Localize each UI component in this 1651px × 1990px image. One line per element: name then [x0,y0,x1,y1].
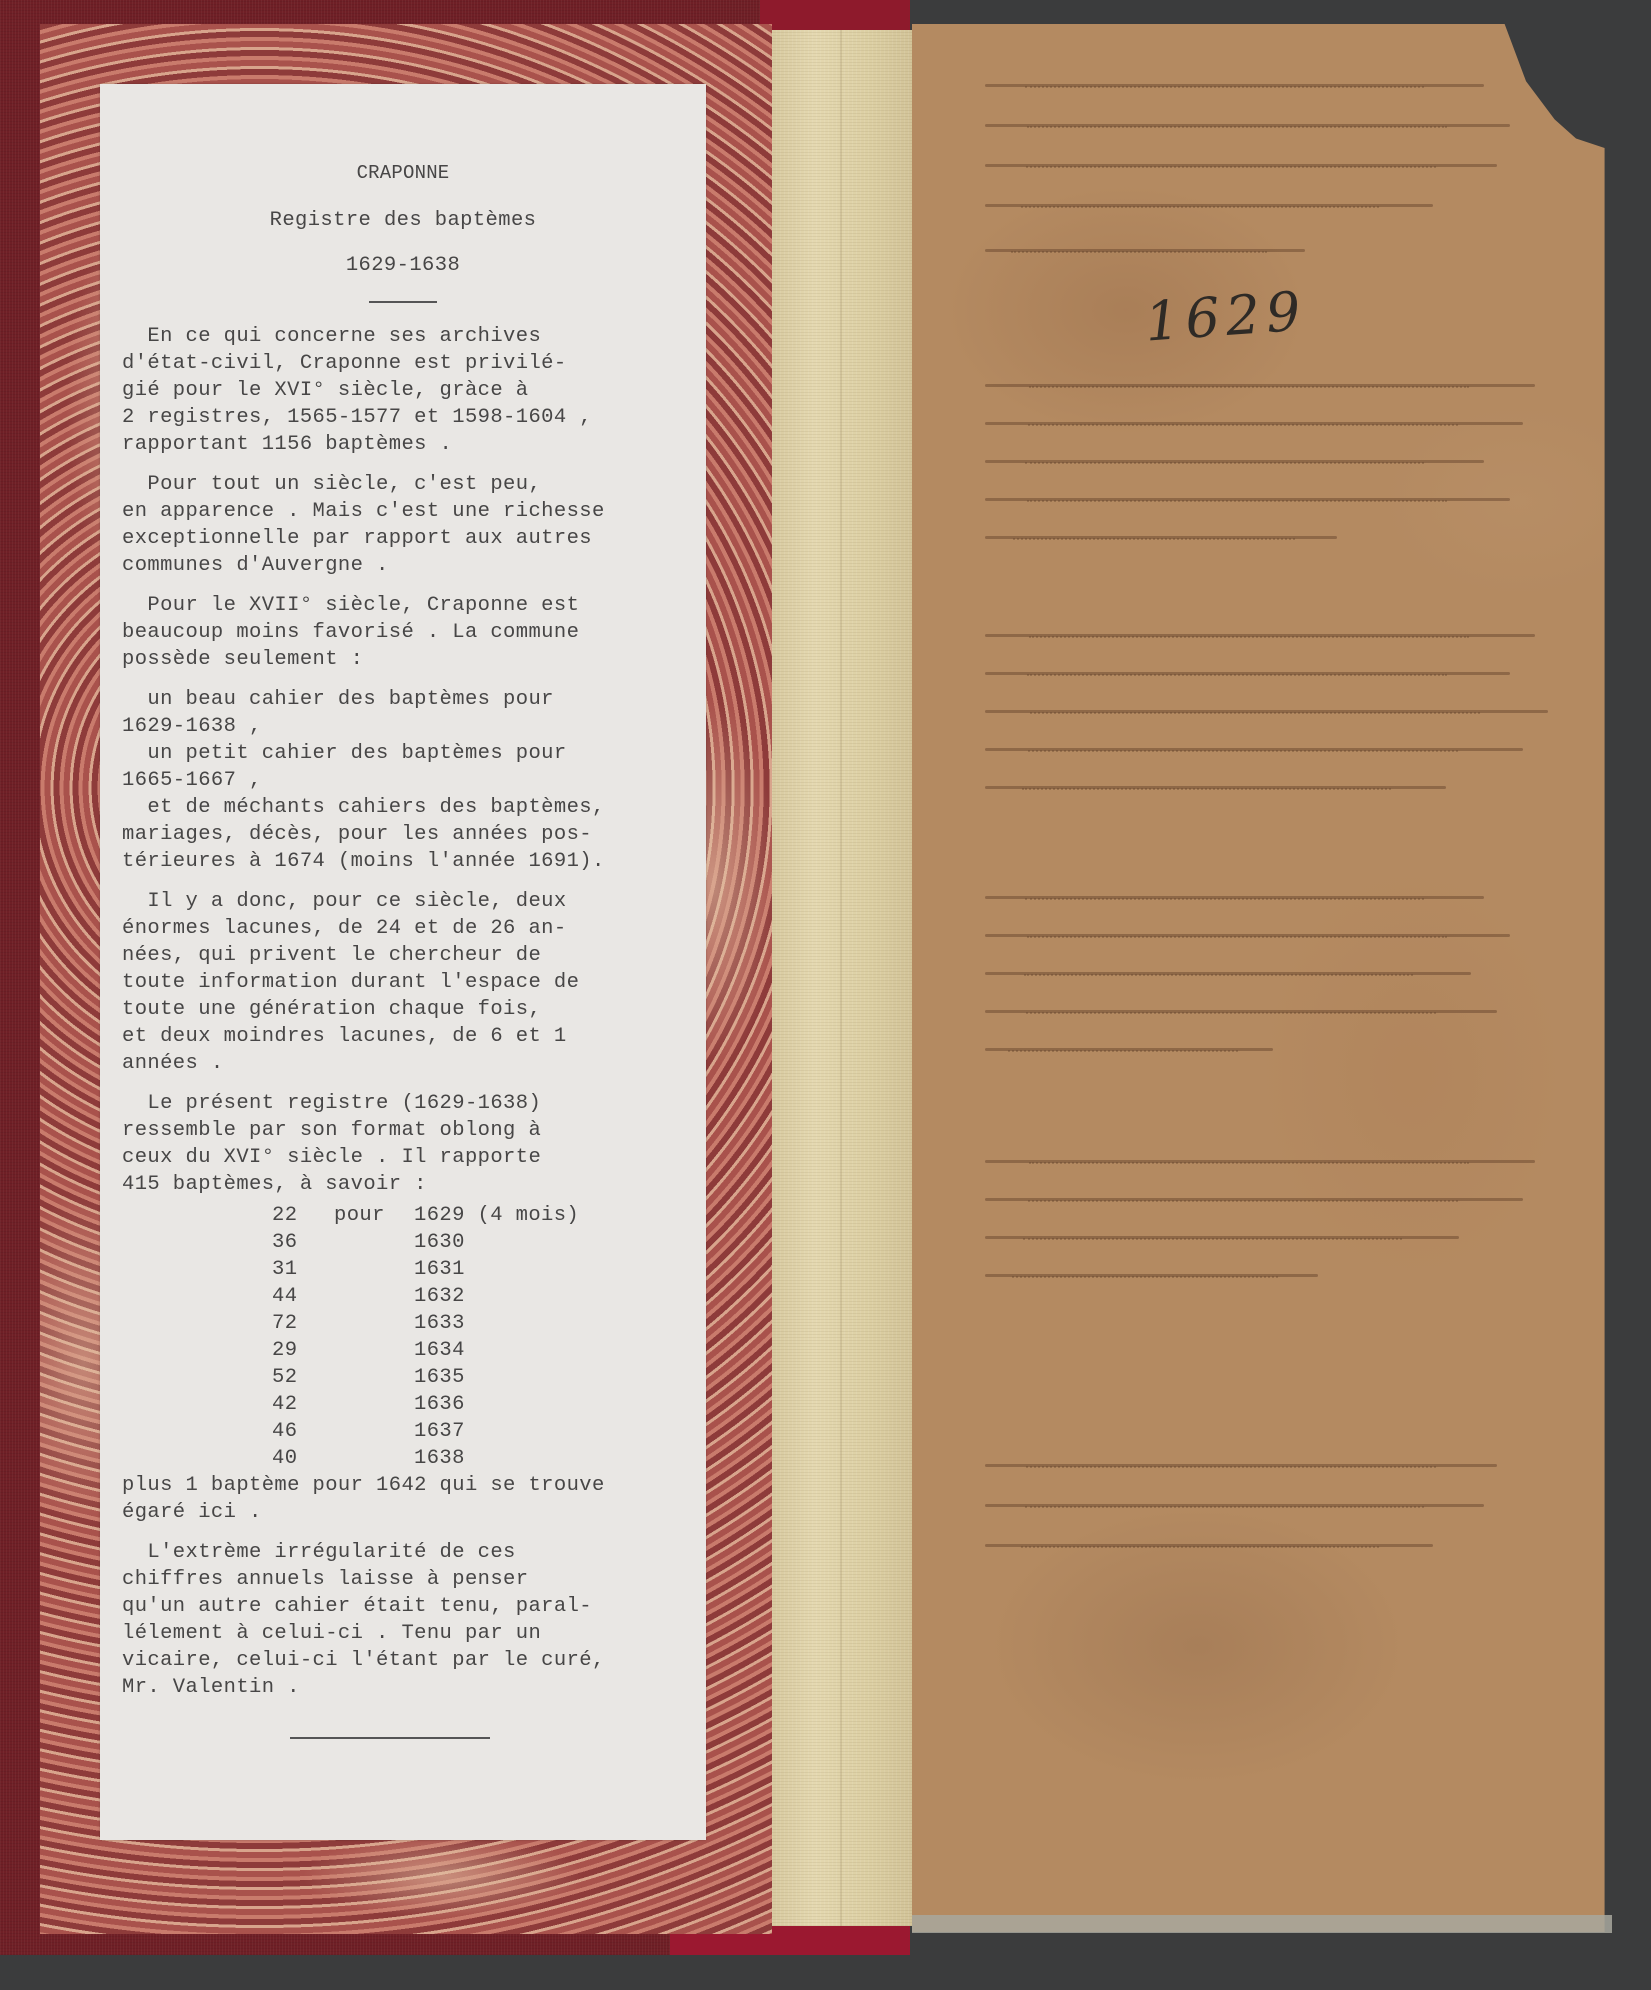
baptism-count-row: 421636 [122,1391,686,1418]
handwriting-line [985,249,1305,252]
baptism-count: 44 [122,1283,334,1310]
count-connector [334,1283,414,1310]
handwriting-line [985,1198,1523,1201]
baptism-count: 40 [122,1445,334,1472]
typed-note-sheet: CRAPONNE Registre des baptèmes 1629-1638… [100,84,706,1840]
handwriting-line [985,748,1523,751]
baptism-count: 36 [122,1229,334,1256]
baptism-count-row: 441632 [122,1283,686,1310]
baptism-year: 1635 [414,1364,465,1391]
baptism-year: 1636 [414,1391,465,1418]
book-spine-cloth [772,30,914,1926]
baptism-count-row: 22pour1629 (4 mois) [122,1202,686,1229]
handwriting-line [985,1048,1273,1051]
baptism-count: 22 [122,1202,334,1229]
spine-crease [840,30,842,1926]
handwriting-line [985,422,1523,425]
baptism-year: 1630 [414,1229,465,1256]
baptism-count-row: 461637 [122,1418,686,1445]
count-connector [334,1364,414,1391]
handwriting-line [985,672,1510,675]
baptism-year: 1629 (4 mois) [414,1202,579,1229]
handwriting-line [985,204,1433,207]
paragraph-richesse: Pour tout un siècle, c'est peu, en appar… [122,471,686,579]
manuscript-date-heading: 1629 [1143,279,1308,353]
sheet-subtitle: Registre des baptèmes [100,207,706,234]
sheet-years: 1629-1638 [100,252,706,279]
paragraph-conclusion: L'extrème irrégularité de ces chiffres a… [122,1539,686,1701]
baptism-count-row: 291634 [122,1337,686,1364]
baptism-count: 52 [122,1364,334,1391]
handwriting-line [985,536,1337,539]
baptism-count: 31 [122,1256,334,1283]
handwriting-line [985,710,1548,713]
count-connector [334,1391,414,1418]
paragraph-1642-note: plus 1 baptème pour 1642 qui se trouve é… [122,1472,686,1526]
handwriting-line [985,786,1446,789]
handwriting-line [985,896,1484,899]
paragraph-cahiers-list: un beau cahier des baptèmes pour 1629-16… [122,686,686,875]
handwriting-line [985,1504,1484,1507]
handwriting-line [985,1544,1433,1547]
closing-divider [290,1737,490,1739]
baptism-count-row: 721633 [122,1310,686,1337]
handwriting-line [985,1464,1497,1467]
handwriting-line [985,972,1471,975]
baptism-year: 1631 [414,1256,465,1283]
count-connector [334,1337,414,1364]
handwriting-line [985,164,1497,167]
handwriting-line [985,934,1510,937]
baptism-count: 29 [122,1337,334,1364]
baptism-year: 1632 [414,1283,465,1310]
baptism-count-row: 311631 [122,1256,686,1283]
baptism-count: 72 [122,1310,334,1337]
baptism-count: 42 [122,1391,334,1418]
spine-headband [760,0,910,34]
handwriting-line [985,498,1510,501]
parchment-repair-edge [912,1915,1612,1933]
baptism-year: 1633 [414,1310,465,1337]
handwriting-line [985,460,1484,463]
handwriting-line [985,1010,1497,1013]
baptism-year: 1637 [414,1418,465,1445]
sheet-title: CRAPONNE [100,160,706,187]
count-connector: pour [334,1202,414,1229]
count-connector [334,1229,414,1256]
paragraph-present-registre: Le présent registre (1629-1638) ressembl… [122,1090,686,1198]
handwriting-line [985,384,1535,387]
handwriting-line [985,634,1535,637]
handwriting-line [985,84,1484,87]
baptism-count: 46 [122,1418,334,1445]
paragraph-lacunes: Il y a donc, pour ce siècle, deux énorme… [122,888,686,1077]
handwriting-line [985,1236,1459,1239]
baptism-count-row: 521635 [122,1364,686,1391]
baptism-year: 1634 [414,1337,465,1364]
handwriting-line [985,1160,1535,1163]
baptism-count-row: 361630 [122,1229,686,1256]
baptism-year: 1638 [414,1445,465,1472]
count-connector [334,1418,414,1445]
count-connector [334,1256,414,1283]
baptism-count-row: 401638 [122,1445,686,1472]
baptism-counts-table: 22pour1629 (4 mois)361630311631441632721… [122,1202,686,1472]
handwriting-line [985,124,1510,127]
paragraph-16th-century: En ce qui concerne ses archives d'état-c… [122,323,686,458]
title-divider [369,301,437,303]
paragraph-17th-century: Pour le XVII° siècle, Craponne est beauc… [122,592,686,673]
count-connector [334,1310,414,1337]
count-connector [334,1445,414,1472]
handwriting-line [985,1274,1318,1277]
